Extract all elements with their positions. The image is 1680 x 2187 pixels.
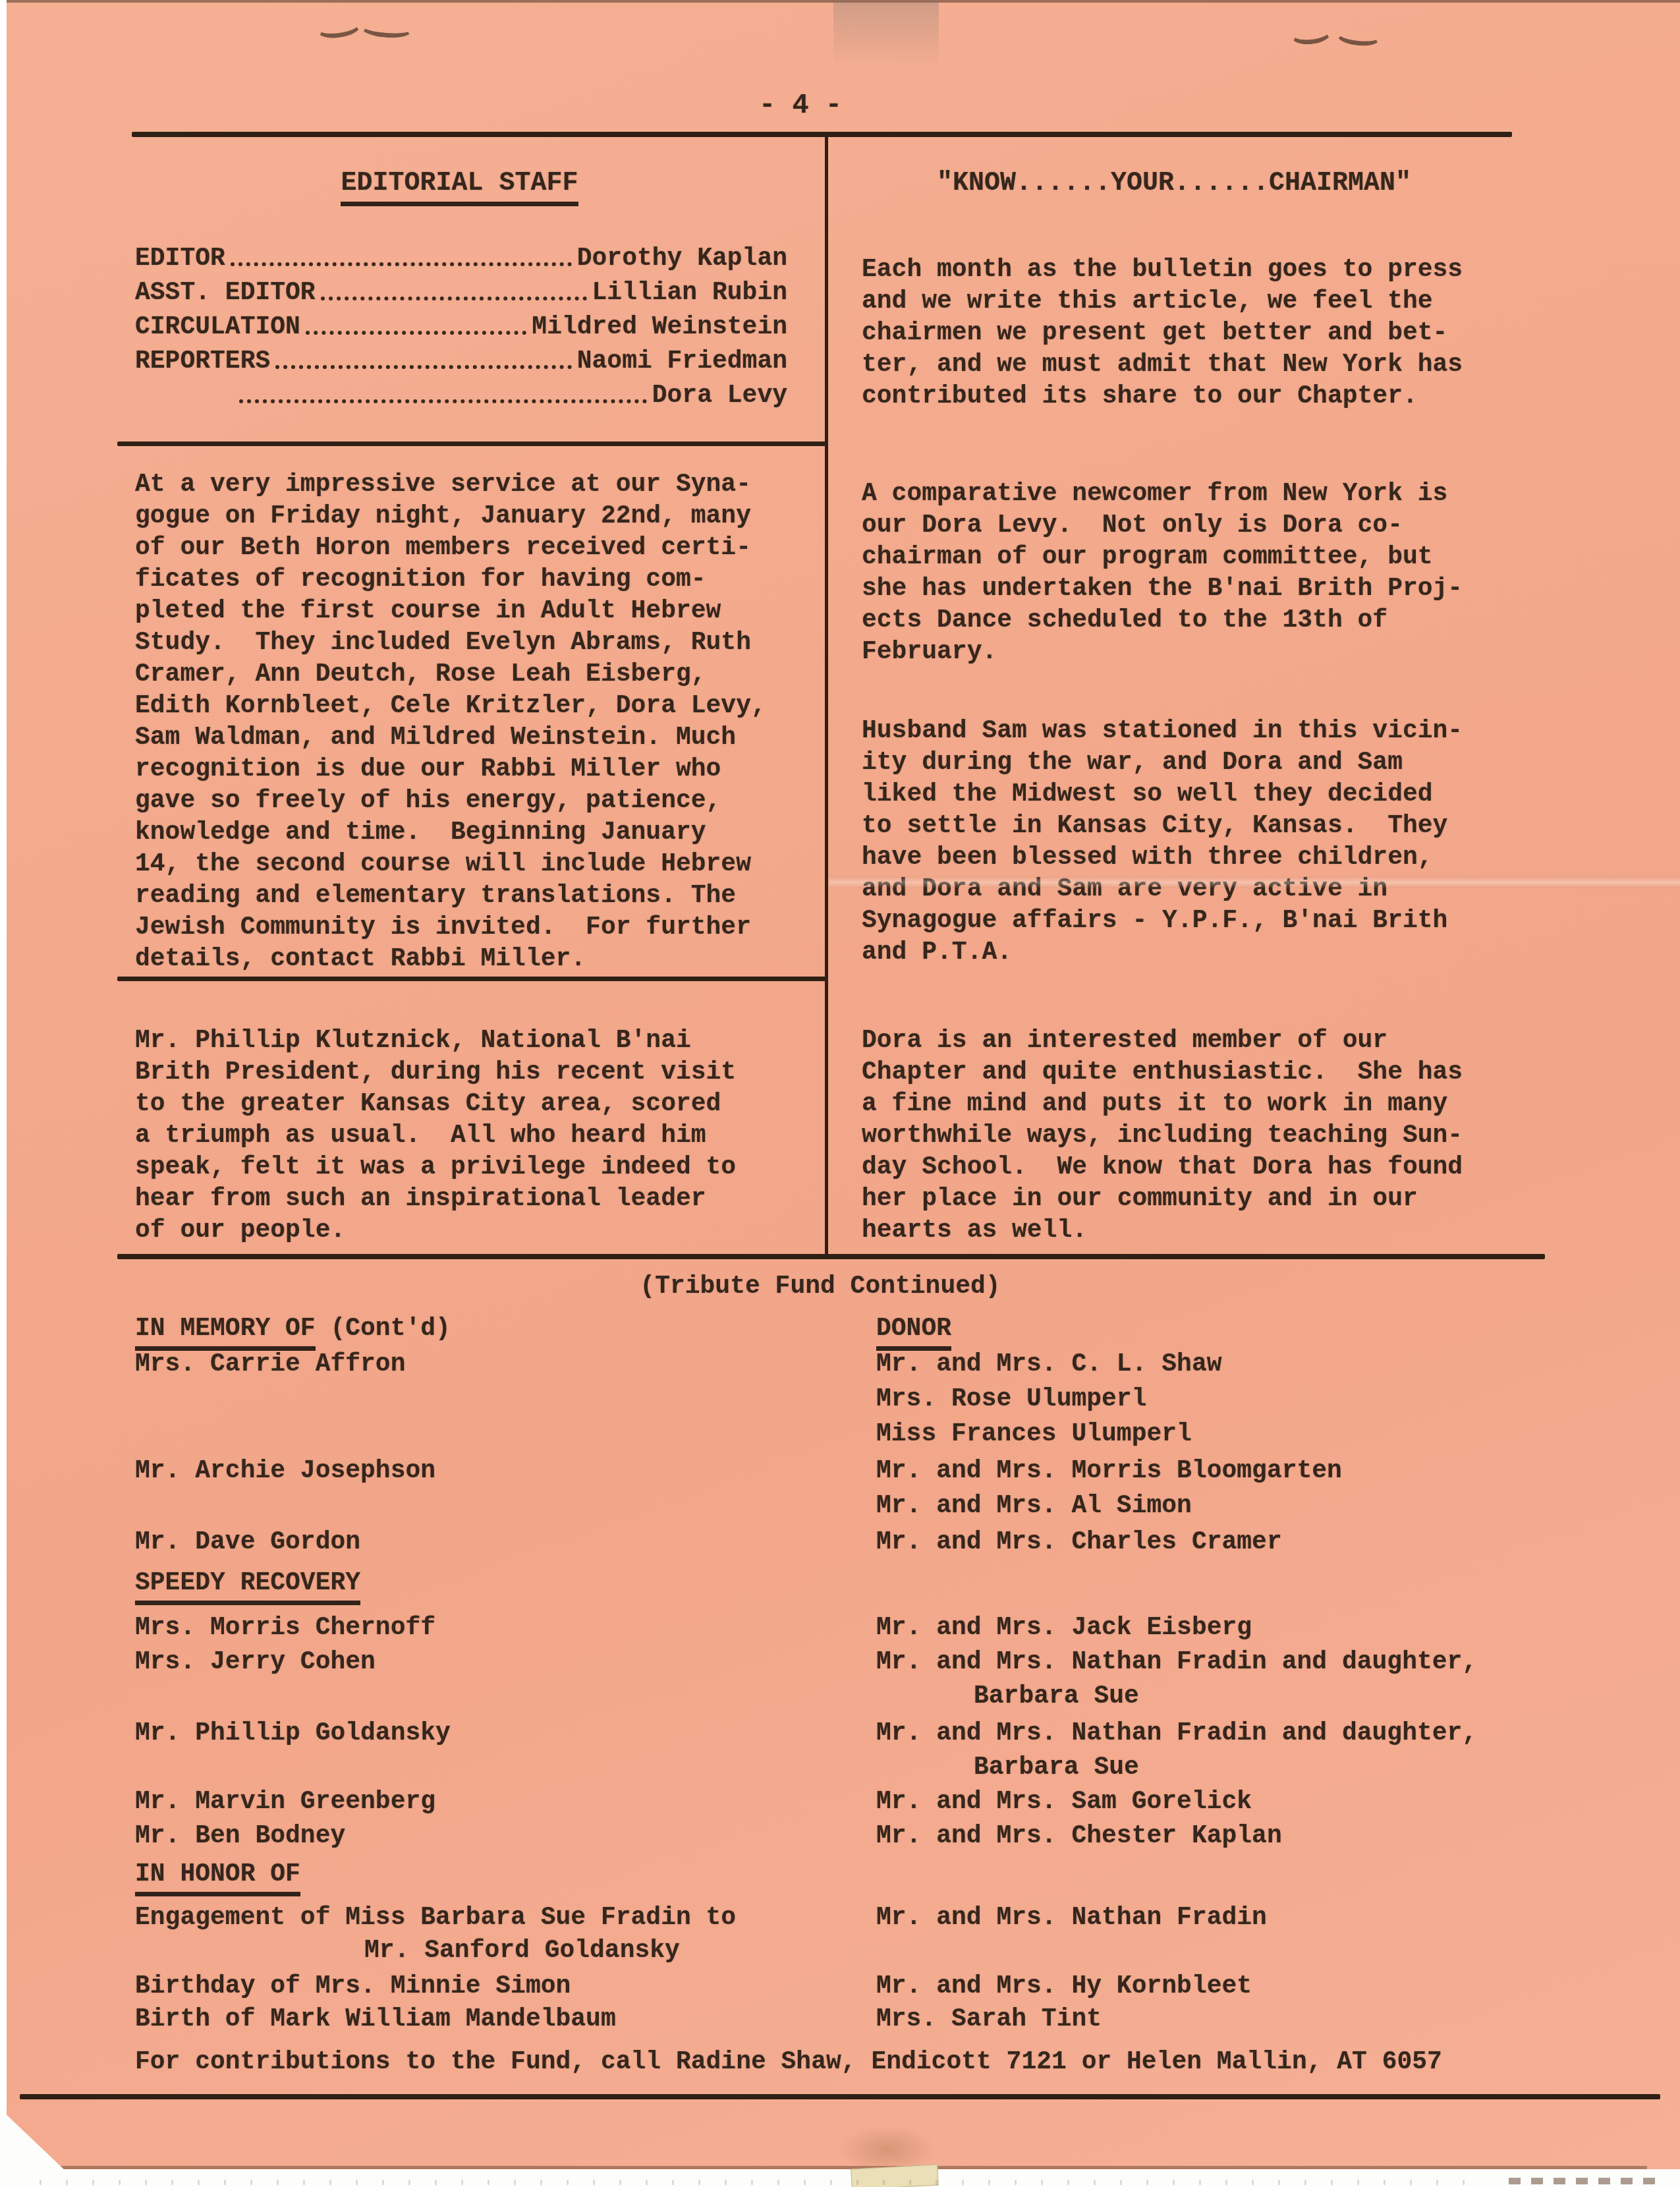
box-bottom-rule xyxy=(117,1254,1545,1259)
chairman-paragraph-2: A comparative newcomer from New York is … xyxy=(862,478,1544,668)
speedy-recovery-entry: Mr. Ben Bodney xyxy=(135,1820,345,1853)
donor-header: DONOR xyxy=(876,1313,951,1346)
in-memory-of-contd: (Cont'd) xyxy=(316,1315,451,1343)
staff-row-circulation: CIRCULATION Mildred Weinstein xyxy=(135,307,787,341)
dotted-leader xyxy=(321,297,587,300)
donor-entry: Miss Frances Ulumperl xyxy=(876,1418,1192,1451)
donor-entry: Mr. and Mrs. C. L. Shaw xyxy=(876,1348,1222,1381)
in-honor-entry: Birthday of Mrs. Minnie Simon xyxy=(135,1970,571,2003)
left-article-divider-rule xyxy=(117,977,827,981)
staff-name: Dora Levy xyxy=(652,382,787,410)
in-honor-of-header: IN HONOR OF xyxy=(135,1858,300,1891)
staff-role-label: EDITOR xyxy=(135,244,225,273)
donor-entry: Mr. and Mrs. Al Simon xyxy=(876,1490,1192,1523)
contributions-footer: For contributions to the Fund, call Radi… xyxy=(135,2048,1442,2076)
speedy-recovery-entry: Mr. Marvin Greenberg xyxy=(135,1786,435,1819)
donor-entry: Mr. and Mrs. Charles Cramer xyxy=(876,1526,1282,1559)
dotted-leader xyxy=(231,262,572,266)
dotted-leader xyxy=(239,399,647,403)
donor-entry: Mr. and Mrs. Chester Kaplan xyxy=(876,1820,1282,1853)
article-klutznick-visit: Mr. Phillip Klutznick, National B'nai Br… xyxy=(135,1025,804,1247)
staff-name: Naomi Friedman xyxy=(577,347,787,376)
staff-role-label: REPORTERS xyxy=(135,347,270,376)
staff-name: Lillian Rubin xyxy=(592,279,787,307)
column-divider-rule xyxy=(825,132,828,1257)
donor-entry: Mrs. Sarah Tint xyxy=(876,2003,1102,2036)
donor-entry: Mr. and Mrs. Nathan Fradin and daughter, xyxy=(876,1717,1477,1750)
donor-entry: Mrs. Rose Ulumperl xyxy=(876,1383,1146,1416)
chairman-paragraph-4: Dora is an interested member of our Chap… xyxy=(862,1025,1544,1247)
in-memory-of-header: IN MEMORY OF (Cont'd) xyxy=(135,1313,451,1346)
page-number: - 4 - xyxy=(0,90,1601,121)
know-your-chairman-header: "KNOW......YOUR......CHAIRMAN" xyxy=(831,169,1517,198)
donor-entry: Mr. and Mrs. Nathan Fradin xyxy=(876,1902,1267,1935)
donor-entry: Mr. and Mrs. Jack Eisberg xyxy=(876,1612,1252,1645)
staff-section-bottom-rule xyxy=(117,441,827,446)
in-honor-entry: Engagement of Miss Barbara Sue Fradin to xyxy=(135,1902,736,1935)
in-memory-of-header-text: IN MEMORY OF xyxy=(135,1315,316,1351)
staff-name: Mildred Weinstein xyxy=(532,313,787,341)
donor-header-text: DONOR xyxy=(876,1315,951,1351)
staff-row-editor: EDITOR Dorothy Kaplan xyxy=(135,239,787,273)
in-memory-entry: Mrs. Carrie Affron xyxy=(135,1348,405,1381)
staff-row-asst-editor: ASST. EDITOR Lillian Rubin xyxy=(135,273,787,307)
editorial-staff-header-text: EDITORIAL STAFF xyxy=(341,169,578,206)
in-honor-of-header-text: IN HONOR OF xyxy=(135,1860,300,1896)
in-memory-entry: Mr. Archie Josephson xyxy=(135,1455,435,1488)
in-memory-entry: Mr. Dave Gordon xyxy=(135,1526,360,1559)
staff-row-reporters: REPORTERS Naomi Friedman xyxy=(135,341,787,376)
donor-entry: Mr. and Mrs. Morris Bloomgarten xyxy=(876,1455,1342,1488)
speedy-recovery-entry: Mrs. Jerry Cohen xyxy=(135,1646,376,1679)
staff-role-label: ASST. EDITOR xyxy=(135,279,316,307)
editorial-staff-list: EDITOR Dorothy Kaplan ASST. EDITOR Lilli… xyxy=(135,239,787,410)
donor-entry: Mr. and Mrs. Hy Kornbleet xyxy=(876,1970,1252,2003)
speedy-recovery-entry: Mrs. Morris Chernoff xyxy=(135,1612,435,1645)
scanned-newsletter-page: - 4 - EDITORIAL STAFF EDITOR Dorothy Kap… xyxy=(0,0,1680,2187)
dotted-leader xyxy=(306,331,526,335)
staff-row-reporter-2: Dora Levy xyxy=(135,376,787,410)
staff-name: Dorothy Kaplan xyxy=(577,244,787,273)
donor-entry: Mr. and Mrs. Sam Gorelick xyxy=(876,1786,1252,1819)
speedy-recovery-header: SPEEDY RECOVERY xyxy=(135,1567,360,1600)
donor-entry-continued: Barbara Sue xyxy=(974,1751,1139,1784)
chairman-paragraph-3: Husband Sam was stationed in this vicin-… xyxy=(862,716,1544,969)
top-rule xyxy=(132,132,1512,137)
donor-entry-continued: Barbara Sue xyxy=(974,1680,1139,1713)
staff-role-label: CIRCULATION xyxy=(135,313,300,341)
editorial-staff-header: EDITORIAL STAFF xyxy=(135,169,784,198)
chairman-paragraph-1: Each month as the bulletin goes to press… xyxy=(862,254,1544,412)
article-adult-hebrew-study: At a very impressive service at our Syna… xyxy=(135,469,804,975)
dotted-leader xyxy=(275,365,572,369)
footer-rule xyxy=(20,2094,1660,2099)
in-honor-entry: Birth of Mark William Mandelbaum xyxy=(135,2003,616,2036)
tribute-fund-title: (Tribute Fund Continued) xyxy=(0,1270,1640,1303)
speedy-recovery-entry: Mr. Phillip Goldansky xyxy=(135,1717,451,1750)
donor-entry: Mr. and Mrs. Nathan Fradin and daughter, xyxy=(876,1646,1477,1679)
in-honor-entry-continued: Mr. Sanford Goldansky xyxy=(364,1935,680,1968)
speedy-recovery-header-text: SPEEDY RECOVERY xyxy=(135,1569,360,1605)
